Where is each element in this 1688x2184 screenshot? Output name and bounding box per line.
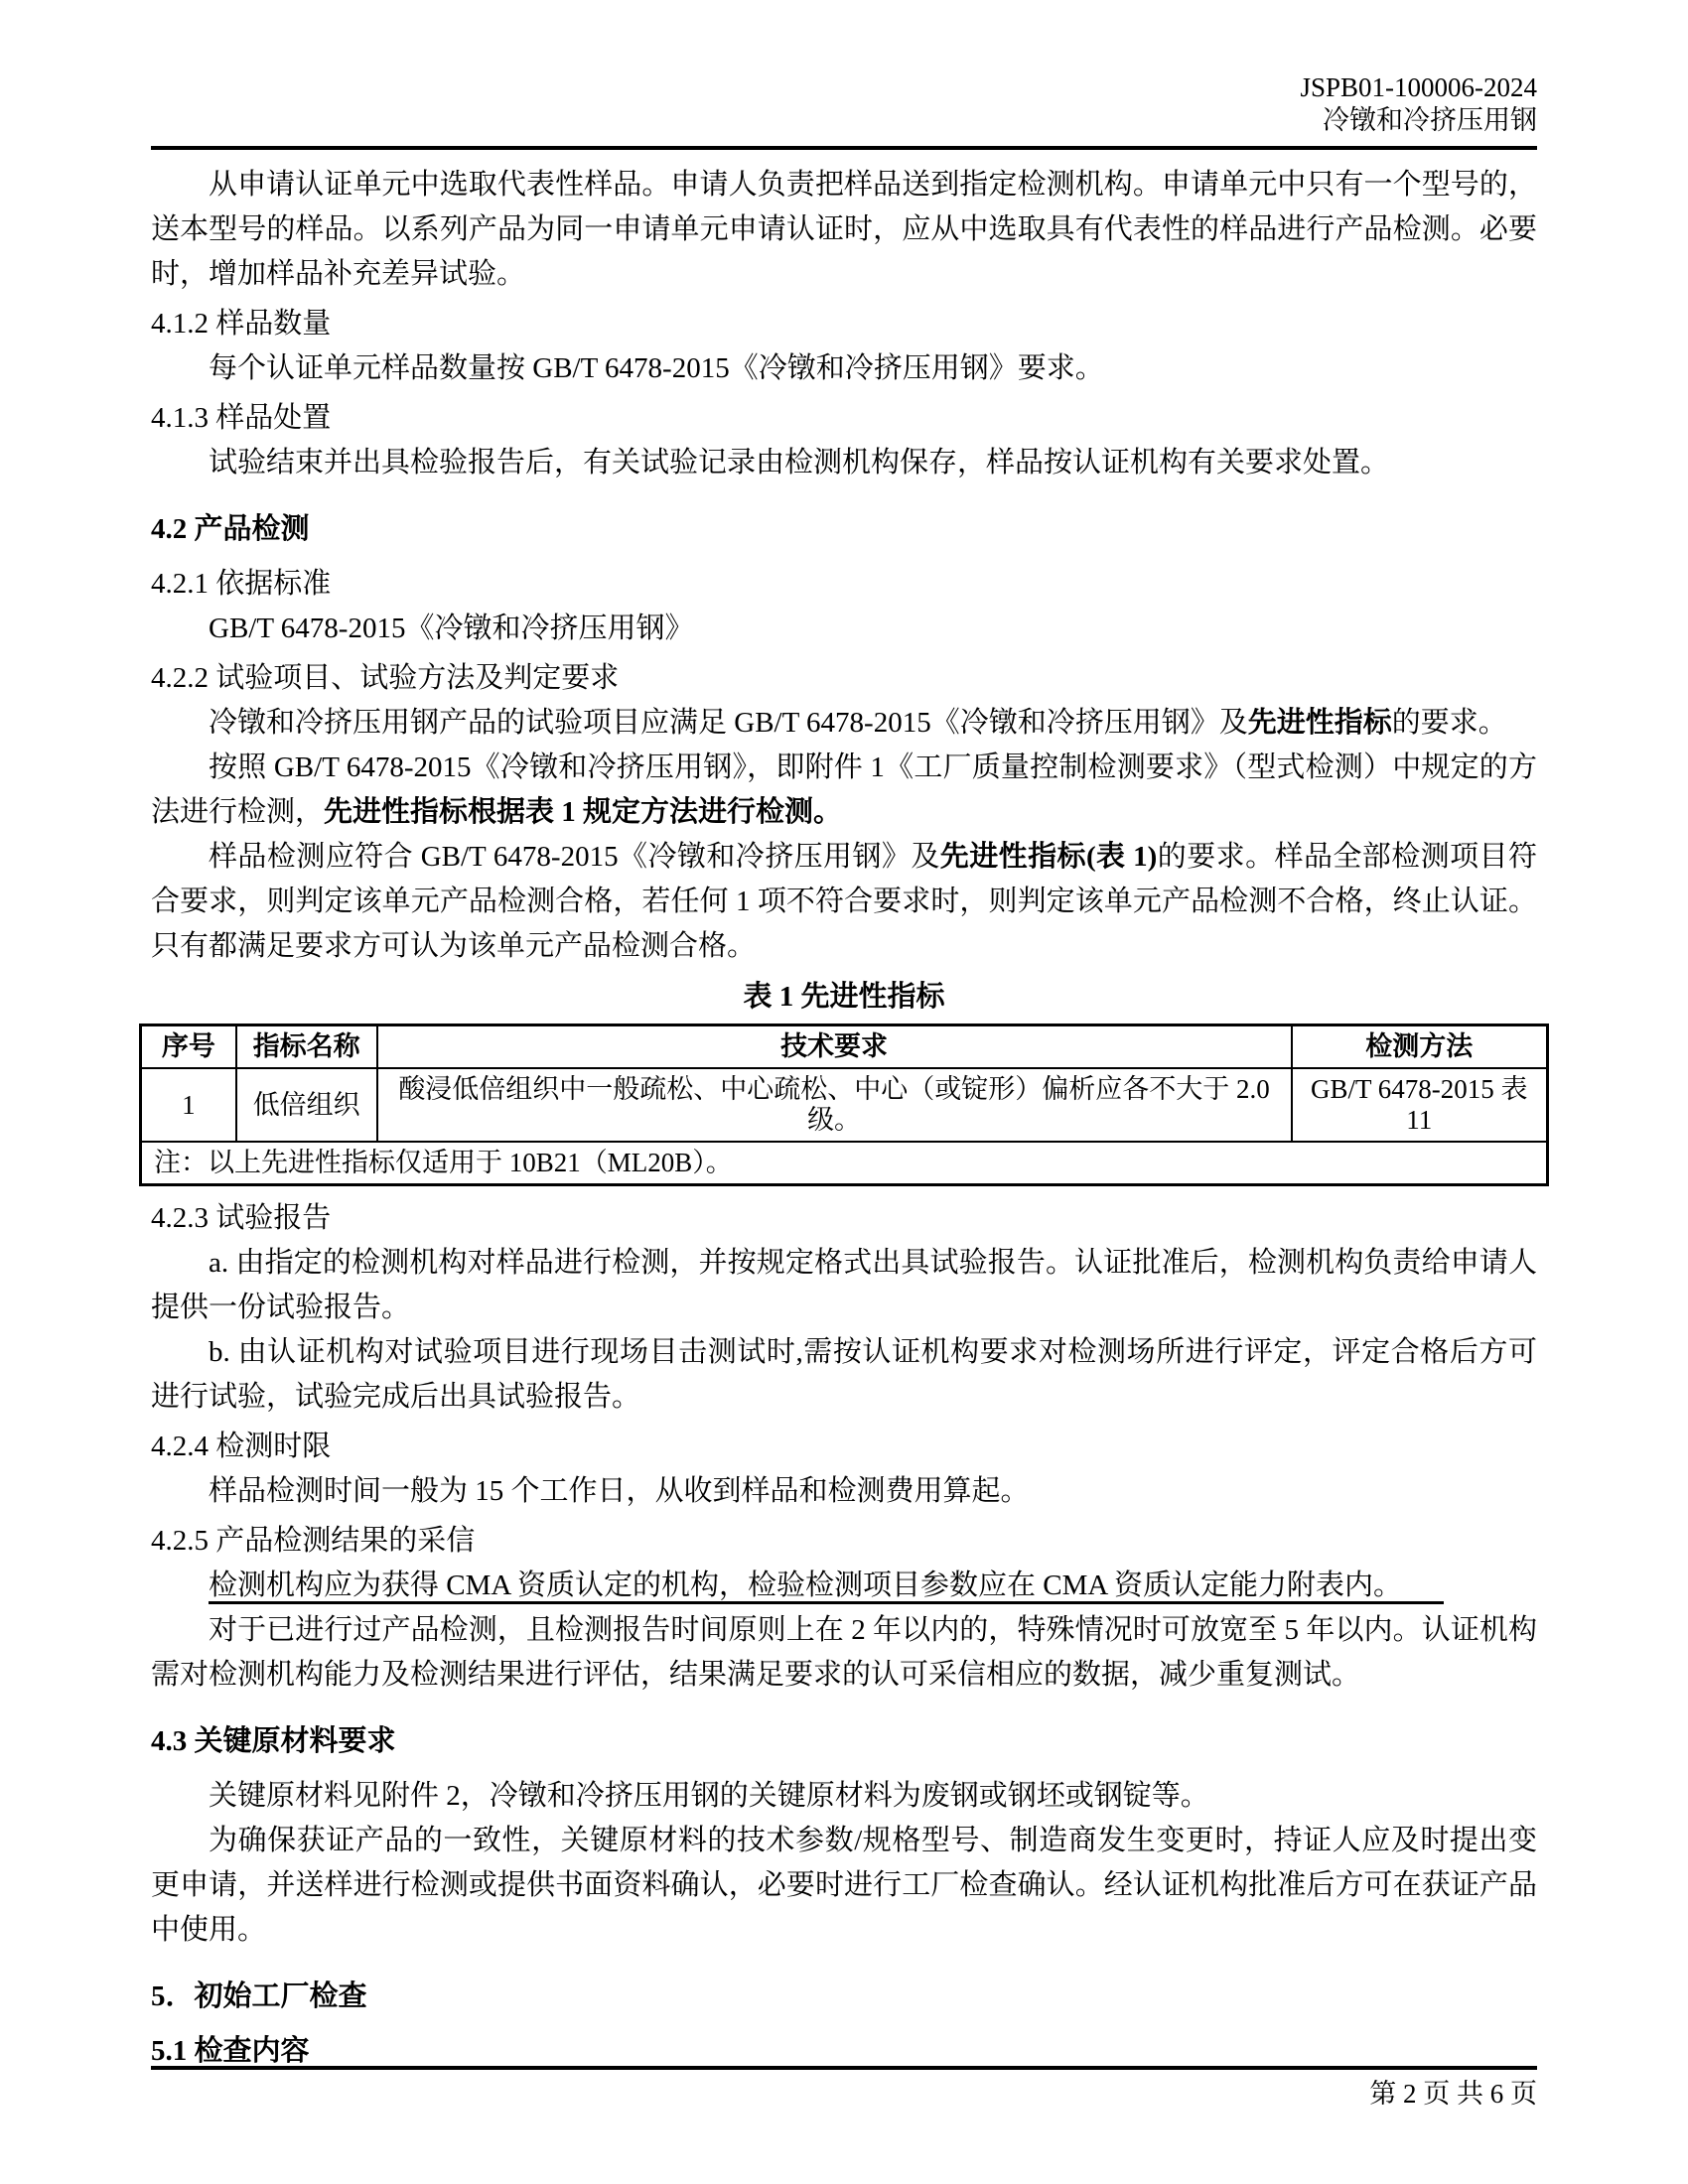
document-page: JSPB01-100006-2024 冷镦和冷挤压用钢 从申请认证单元中选取代表… bbox=[0, 0, 1688, 2184]
document-content: JSPB01-100006-2024 冷镦和冷挤压用钢 从申请认证单元中选取代表… bbox=[151, 0, 1537, 2084]
paragraph-4-2-3-a: a. 由指定的检测机构对样品进行检测，并按规定格式出具试验报告。认证批准后，检测… bbox=[151, 1241, 1537, 1330]
cma-requirement-underlined-text: 检测机构应为获得 CMA 资质认定的机构，检验检测项目参数应在 CMA 资质认定… bbox=[209, 1570, 1444, 1604]
paragraph-4-2-5-b: 对于已进行过产品检测，且检测报告时间原则上在 2 年以内的，特殊情况时可放宽至 … bbox=[151, 1608, 1537, 1698]
paragraph-4-2-2-a-text1: 冷镦和冷挤压用钢产品的试验项目应满足 GB/T 6478-2015《冷镦和冷挤压… bbox=[209, 707, 1248, 739]
heading-4-1-3: 4.1.3 样品处置 bbox=[151, 396, 1537, 441]
paragraph-4-1-3: 试验结束并出具检验报告后，有关试验记录由检测机构保存，样品按认证机构有关要求处置… bbox=[151, 441, 1537, 485]
paragraph-4-2-2-c-bold: 先进性指标(表 1) bbox=[940, 841, 1158, 873]
heading-5: 5．初始工厂检查 bbox=[151, 1975, 1537, 2019]
heading-4-2-3: 4.2.3 试验报告 bbox=[151, 1196, 1537, 1241]
table-1-cell-test-method: GB/T 6478-2015 表 11 bbox=[1292, 1068, 1548, 1142]
paragraph-4-2-2-a: 冷镦和冷挤压用钢产品的试验项目应满足 GB/T 6478-2015《冷镦和冷挤压… bbox=[151, 701, 1537, 746]
table-1-cell-tech-requirement: 酸浸低倍组织中一般疏松、中心疏松、中心（或锭形）偏析应各不大于 2.0 级。 bbox=[377, 1068, 1292, 1142]
table-1-note-row: 注：以上先进性指标仅适用于 10B21（ML20B）。 bbox=[141, 1142, 1548, 1185]
heading-4-3: 4.3 关键原材料要求 bbox=[151, 1719, 1537, 1764]
heading-4-2-1: 4.2.1 依据标准 bbox=[151, 562, 1537, 607]
table-1-header-test-method: 检测方法 bbox=[1292, 1025, 1548, 1069]
header-rule bbox=[151, 146, 1537, 150]
heading-4-2-4: 4.2.4 检测时限 bbox=[151, 1425, 1537, 1469]
table-1-cell-seq: 1 bbox=[141, 1068, 236, 1142]
table-1: 序号 指标名称 技术要求 检测方法 1 低倍组织 酸浸低倍组织中一般疏松、中心疏… bbox=[139, 1024, 1549, 1186]
heading-4-2: 4.2 产品检测 bbox=[151, 507, 1537, 552]
paragraph-4-2-5-underlined: 检测机构应为获得 CMA 资质认定的机构，检验检测项目参数应在 CMA 资质认定… bbox=[151, 1564, 1537, 1608]
table-1-header-seq: 序号 bbox=[141, 1025, 236, 1069]
table-1-caption: 表 1 先进性指标 bbox=[151, 975, 1537, 1020]
paragraph-4-2-3-b: b. 由认证机构对试验项目进行现场目击测试时,需按认证机构要求对检测场所进行评定… bbox=[151, 1330, 1537, 1420]
paragraph-4-2-2-c: 样品检测应符合 GB/T 6478-2015《冷镦和冷挤压用钢》及先进性指标(表… bbox=[151, 835, 1537, 969]
heading-4-2-2: 4.2.2 试验项目、试验方法及判定要求 bbox=[151, 656, 1537, 701]
paragraph-4-2-2-a-bold: 先进性指标 bbox=[1248, 707, 1392, 739]
heading-4-1-2: 4.1.2 样品数量 bbox=[151, 302, 1537, 346]
doc-subject: 冷镦和冷挤压用钢 bbox=[151, 104, 1537, 137]
document-body: 从申请认证单元中选取代表性样品。申请人负责把样品送到指定检测机构。申请单元中只有… bbox=[151, 163, 1537, 2074]
paragraph-4-2-2-a-text2: 的要求。 bbox=[1392, 707, 1507, 739]
paragraph-4-2-2-b-bold: 先进性指标根据表 1 规定方法进行检测。 bbox=[324, 796, 842, 828]
table-1-note: 注：以上先进性指标仅适用于 10B21（ML20B）。 bbox=[141, 1142, 1548, 1185]
table-1-header-indicator-name: 指标名称 bbox=[236, 1025, 377, 1069]
paragraph-4-3-a: 关键原材料见附件 2，冷镦和冷挤压用钢的关键原材料为废钢或钢坯或钢锭等。 bbox=[151, 1774, 1537, 1819]
paragraph-sample-selection: 从申请认证单元中选取代表性样品。申请人负责把样品送到指定检测机构。申请单元中只有… bbox=[151, 163, 1537, 297]
paragraph-4-2-4: 样品检测时间一般为 15 个工作日，从收到样品和检测费用算起。 bbox=[151, 1469, 1537, 1514]
paragraph-4-2-2-b: 按照 GB/T 6478-2015《冷镦和冷挤压用钢》，即附件 1《工厂质量控制… bbox=[151, 746, 1537, 835]
table-1-header-row: 序号 指标名称 技术要求 检测方法 bbox=[141, 1025, 1548, 1069]
document-footer: 第 2 页 共 6 页 bbox=[151, 2066, 1537, 2111]
document-header: JSPB01-100006-2024 冷镦和冷挤压用钢 bbox=[151, 0, 1537, 137]
table-1-header-tech-requirement: 技术要求 bbox=[377, 1025, 1292, 1069]
table-1-data-row: 1 低倍组织 酸浸低倍组织中一般疏松、中心疏松、中心（或锭形）偏析应各不大于 2… bbox=[141, 1068, 1548, 1142]
paragraph-4-2-2-c-text1: 样品检测应符合 GB/T 6478-2015《冷镦和冷挤压用钢》及 bbox=[209, 841, 940, 873]
paragraph-4-2-1: GB/T 6478-2015《冷镦和冷挤压用钢》 bbox=[151, 607, 1537, 651]
heading-4-2-5: 4.2.5 产品检测结果的采信 bbox=[151, 1519, 1537, 1564]
doc-number: JSPB01-100006-2024 bbox=[151, 71, 1537, 104]
paragraph-4-3-b: 为确保获证产品的一致性，关键原材料的技术参数/规格型号、制造商发生变更时，持证人… bbox=[151, 1819, 1537, 1953]
paragraph-4-1-2: 每个认证单元样品数量按 GB/T 6478-2015《冷镦和冷挤压用钢》要求。 bbox=[151, 346, 1537, 391]
table-1-cell-indicator-name: 低倍组织 bbox=[236, 1068, 377, 1142]
page-number: 第 2 页 共 6 页 bbox=[151, 2070, 1537, 2111]
